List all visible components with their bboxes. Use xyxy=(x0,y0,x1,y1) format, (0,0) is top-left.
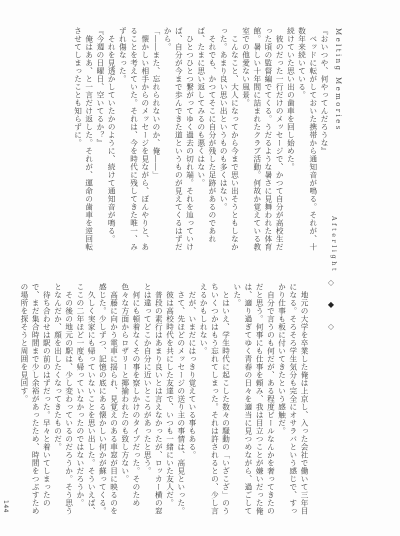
page-number: 144 xyxy=(2,500,9,513)
paragraph: 俺はああ、と一言だけ返した。それが、運命の歯車を逆回転させてしまったことも知らず… xyxy=(72,27,94,255)
paragraph: 待ち合わせは駅の前のはずだった。早々と着いてしまったので、まだ集合時間まで少し余… xyxy=(19,283,53,519)
running-header-series-title: Melting Memories xyxy=(334,28,342,132)
paragraph: こんなこと、大人になってから今まで思い出そうともしなかった。あまり良い思い出とい… xyxy=(218,27,240,255)
paragraph: 高藤に向かう電車に揺られ、見覚えのある車窓が目に映るのを感じた。少しずつ、記憶の… xyxy=(97,283,119,519)
paragraph: それを見透かしていたかのように、続けて通知音が鳴る。 xyxy=(106,27,117,255)
paragraph: 地元の大学を卒業した俺は上京し、入った会社で働いて三年目になる。そろそろ学生気分… xyxy=(276,283,310,519)
paragraph: ひとつひとつ繋がってゆく過去の切れ端。それを辿っていけば、自分が今まで歩んできた… xyxy=(162,27,196,255)
paragraph: 続けていた思い出の歯車を回し始めた。 xyxy=(285,27,296,255)
section-break: ◇ ◆ ◇ xyxy=(324,278,338,331)
paragraph: それでも、かつてそこに自分が残した足跡があるのであれば、たまに思い返してみるのも… xyxy=(196,27,218,255)
hollow-diamond-icon: ◇ xyxy=(328,322,334,331)
paragraph: さて、先ほどのメッセージの送り主の事情は、高見といった。 xyxy=(176,283,187,519)
running-header-chapter-title: Afterlight xyxy=(330,216,338,273)
upper-tier-text: 『おいつや、何やってんだろうな』 ベッドに転がしておいた携帯から通知音が鳴る。そ… xyxy=(72,27,330,255)
paragraph: ベッドに転がしておいた携帯から通知音が鳴る。それが、十数年来続いている。 xyxy=(296,27,318,255)
paragraph: 彼は高校時代を共にした友達で、いつも一緒にいた友人だ。 xyxy=(164,283,175,519)
lower-tier-text: 地元の大学を卒業した俺は上京し、入った会社で働いて三年目になる。そろそろ学生気分… xyxy=(19,283,310,519)
paragraph: 自分で言うのも何だが、ある程度ビールなんかを奢ってきたのだと思う。何事にも仕事を… xyxy=(232,283,277,519)
paragraph: とはいえ、学生時代に起こした数々の騒動の「いざこざ」のうちいくつかはもう忘れてし… xyxy=(198,283,232,519)
document-page: Melting Memories Afterlight 『おいつや、何やってんだ… xyxy=(0,0,400,536)
paragraph: 久しく実家にも帰っていないことを思い出した。そういえば、ここの二年ほど一度も帰っ… xyxy=(75,283,97,519)
hollow-diamond-icon: ◇ xyxy=(328,278,334,287)
paragraph: 「――また、忘れられないのか、俺――」 xyxy=(151,27,162,255)
paragraph: 彼のだった一行だけのメッセージで、かつて自分が高校生だった頃の監督編でてくる。う… xyxy=(240,27,285,255)
paragraph: 『今週の日曜日、空いてるか？』 xyxy=(95,27,106,255)
filled-diamond-icon: ◆ xyxy=(328,300,334,309)
paragraph: 普段の素行はあまり良いとは言えなかったが、ロッカー横の窓とは違ってどこか自分に近… xyxy=(142,283,164,519)
paragraph: 懐かしい相手からのメッセージを見ながら、ぼんやりと、あることを考えていた。それは… xyxy=(117,27,151,255)
paragraph: だが、いまだにはっきり覚えている事もある。 xyxy=(187,283,198,519)
paragraph: 何にも頓着なくその事を察しかけのタイプだった。そのため色々な方面からロザリーと揶… xyxy=(120,283,142,519)
paragraph: 『おいつや、何やってんだろうな』 xyxy=(319,27,330,255)
paragraph: その後の地元の駅は、少し変わっているのだろうか。そう思うとなんだか、顔を出したく… xyxy=(52,283,74,519)
